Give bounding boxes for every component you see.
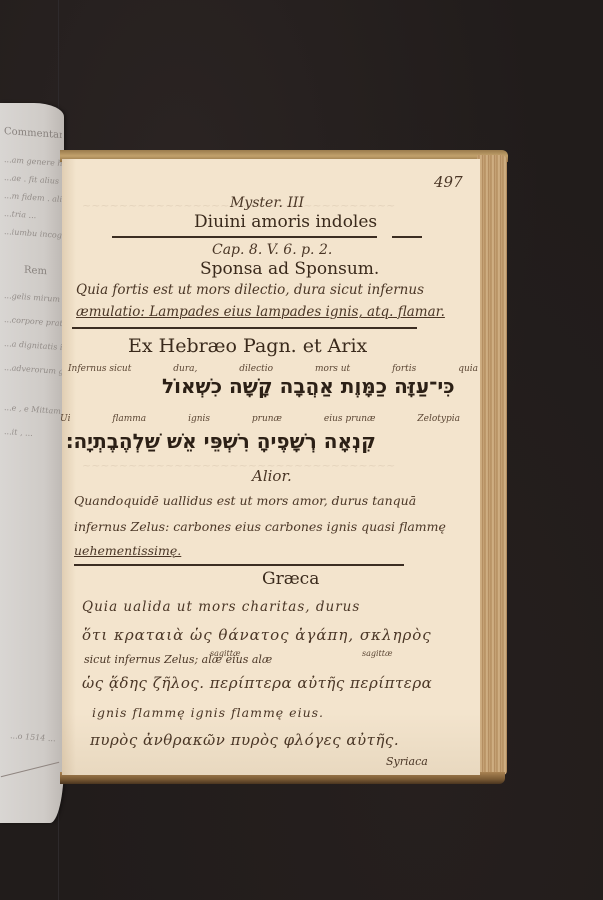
gloss-word: ignis <box>188 414 210 424</box>
gloss-word: Zelotypia <box>417 414 460 424</box>
greek-verse-line: ὡς ᾅδης ζῆλος. περίπτερα αὐτῆς περίπτερα <box>82 674 432 692</box>
mystery-label: Myster. III <box>230 195 304 211</box>
alior-line: Quandoquidē uallidus est ut mors amor, d… <box>74 493 416 508</box>
catchword: Syriaca <box>386 755 428 768</box>
gloss-word: quia <box>458 364 478 374</box>
greek-verse-line: ὅτι κραταιὰ ὡς θάνατος ἀγάπη, σκληρὸς <box>82 626 432 644</box>
greek-superscript-gloss: sagittæ <box>210 649 241 658</box>
hebrew-verse-line: כִּי־עַזָּה כַמָּוֶת אַהֲבָה קָשָׁה כִשְ… <box>162 374 455 398</box>
title-rule <box>112 236 377 238</box>
gloss-word: Ui <box>60 414 70 424</box>
left-page-line: ...gelis mirum Gloriae ... <box>4 289 62 306</box>
gloss-word: eius prunæ <box>324 414 376 424</box>
hebrew-heading: Ex Hebræo Pagn. et Arix <box>128 335 367 357</box>
greek-latin-gloss: ignis flammę ignis flammę eius. <box>92 705 324 720</box>
left-page-rule <box>1 762 59 777</box>
left-page-line: ...a dignitatis incredibilis a... <box>4 337 62 354</box>
left-page-line: ...corpore pratis . fuisse ... <box>4 313 62 330</box>
book-fore-edge <box>477 155 507 775</box>
section-heading: Sponsa ad Sponsum. <box>200 259 379 279</box>
greek-latin-gloss: sicut infernus Zelus; alæ eius alæ <box>84 653 272 666</box>
latin-verse-line: Quia fortis est ut mors dilectio, dura s… <box>76 282 424 298</box>
gloss-word: flamma <box>112 414 146 424</box>
gloss-word: fortis <box>392 364 416 374</box>
section-rule <box>72 327 417 329</box>
left-page-line: ...e , e Mittam ... <box>4 401 62 418</box>
left-page-line: ...adverorum gloriam, ... <box>4 361 62 378</box>
chapter-reference: Cap. 8. V. 6. p. 2. <box>212 242 332 258</box>
left-page-header: Commentarius <box>4 125 62 142</box>
latin-verse-line: æmulatio: Lampades eius lampades ignis, … <box>76 304 445 320</box>
greek-latin-gloss: Quia ualida ut mors charitas, durus <box>82 599 360 615</box>
left-page-margin-note: ...o 1514 ... <box>10 729 62 746</box>
hebrew-verse-line: קִנְאָה רְשָׁפֶיהָ רִשְׁפֵּי אֵשׁ שַׁלְה… <box>66 429 376 453</box>
section-rule <box>74 564 404 566</box>
left-page-line: ...tria ... <box>4 207 62 224</box>
interlinear-gloss-2: Ui flamma ignis prunæ eius prunæ Zelotyp… <box>60 414 460 424</box>
left-page-line: ...iumbu incog. incorpus pu... <box>4 225 62 242</box>
left-page-line: ...m fidem . aliqua Sanctitat... <box>4 189 62 206</box>
title-rule-tail <box>392 236 422 238</box>
left-page-subheading: Rem <box>24 264 62 280</box>
manuscript-page: ~~~~~~~~~~~~~~~~~~~~~~~~~~~~~~~~~~ ~~~~~… <box>62 159 480 775</box>
gloss-word: dura, <box>173 364 197 374</box>
graeca-heading: Græca <box>262 569 319 589</box>
previous-page-curl: Commentarius ...am genere hujus pro... .… <box>0 103 64 823</box>
left-page-line: ...am genere hujus pro... <box>4 153 62 170</box>
gloss-word: dilectio <box>239 364 273 374</box>
page-number: 497 <box>434 173 463 191</box>
left-page-line: ...it , ... <box>4 425 62 442</box>
alior-heading: Alior. <box>252 467 292 485</box>
page-title: Diuini amoris indoles <box>194 212 377 232</box>
gloss-word: prunæ <box>252 414 282 424</box>
greek-superscript-gloss: sagittæ <box>362 649 393 658</box>
interlinear-gloss-1: Infernus sicut dura, dilectio mors ut fo… <box>68 364 478 374</box>
greek-verse-line: πυρὸς ἀνθρακῶν πυρὸς φλόγες αὐτῆς. <box>90 731 399 749</box>
left-page-line: ...ae . fit alius ut aura... <box>4 171 62 188</box>
alior-line: uehementissimę. <box>74 543 181 558</box>
alior-line: infernus Zelus: carbones eius carbones i… <box>74 519 446 534</box>
gloss-word: mors ut <box>315 364 350 374</box>
gloss-word: Infernus sicut <box>68 364 131 374</box>
